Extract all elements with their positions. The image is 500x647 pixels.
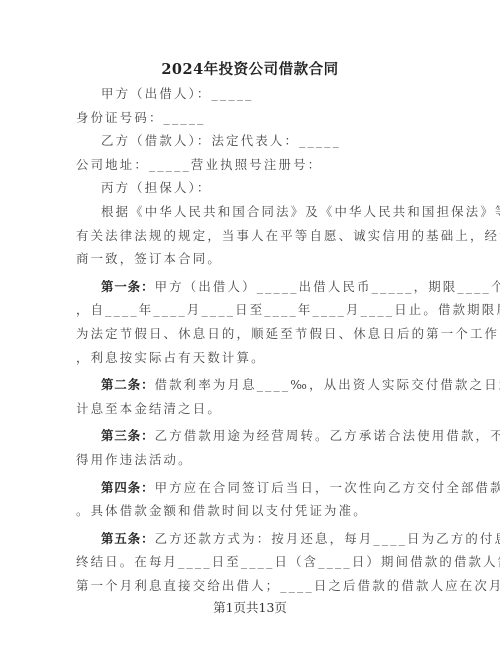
preamble-line-1: 根据《中华人民共和国合同法》及《中华人民共和国担保法》等 [76,200,420,224]
document-title: 2024年投资公司借款合同 [0,58,500,79]
article-2-line-1: 第二条：借款利率为月息____‰，从出资人实际交付借款之日起 [76,373,420,397]
article-1-text: 甲方（出借人）_____出借人民币_____，期限____个月 [155,279,500,294]
article-4-line-1: 第四条：甲方应在合同签订后当日，一次性向乙方交付全部借款 [76,476,420,500]
party-c-line: 丙方（担保人）： [76,176,420,200]
article-4-text: 甲方应在合同签订后当日，一次性向乙方交付全部借款 [155,480,500,495]
article-3-line-1: 第三条：乙方借款用途为经营周转。乙方承诺合法使用借款，不 [76,424,420,448]
article-1-line-3: 为法定节假日、休息日的，顺延至节假日、休息日后的第一个工作日 [76,322,420,346]
article-2-line-2: 计息至本金结清之日。 [76,397,420,421]
preamble-line-2: 有关法律法规的规定，当事人在平等自愿、诚实信用的基础上，经协 [76,224,420,248]
article-4-heading: 第四条： [101,480,155,495]
preamble-line-3: 商一致，签订本合同。 [76,247,420,271]
article-2-heading: 第二条： [101,377,155,392]
party-a-line: 甲方（出借人）：_____ [76,82,420,106]
article-3-line-2: 得用作违法活动。 [76,448,420,472]
article-5-line-3: 第一个月利息直接交给出借人；____日之后借款的借款人应在次月的__ [76,574,420,598]
document-page: 2024年投资公司借款合同 甲方（出借人）：_____ 身份证号码：_____ … [0,0,500,647]
article-3-text: 乙方借款用途为经营周转。乙方承诺合法使用借款，不 [155,428,500,443]
article-4-line-2: 。具体借款金额和借款时间以支付凭证为准。 [76,499,420,523]
article-1-line-4: ，利息按实际占有天数计算。 [76,346,420,370]
article-1-heading: 第一条： [101,279,155,294]
document-body: 甲方（出借人）：_____ 身份证号码：_____ 乙方（借款人）：法定代表人：… [76,82,420,597]
page-indicator: 第1页共13页 [0,598,500,616]
article-1-line-1: 第一条：甲方（出借人）_____出借人民币_____，期限____个月 [76,275,420,299]
company-address-line: 公司地址：_____营业执照号注册号： [76,153,420,177]
article-5-text: 乙方还款方式为：按月还息，每月____日为乙方的付息 [155,531,500,546]
article-1-line-2: ，自____年____月____日至____年____月____日止。借款期限届… [76,298,420,322]
id-number-line: 身份证号码：_____ [76,106,420,130]
article-5-heading: 第五条： [101,531,155,546]
article-2-text: 借款利率为月息____‰，从出资人实际交付借款之日起 [155,377,500,392]
party-b-line: 乙方（借款人）：法定代表人：_____ [76,129,420,153]
article-5-line-1: 第五条：乙方还款方式为：按月还息，每月____日为乙方的付息 [76,527,420,551]
article-3-heading: 第三条： [101,428,155,443]
article-5-line-2: 终结日。在每月____日至____日（含____日）期间借款的借款人需将 [76,550,420,574]
